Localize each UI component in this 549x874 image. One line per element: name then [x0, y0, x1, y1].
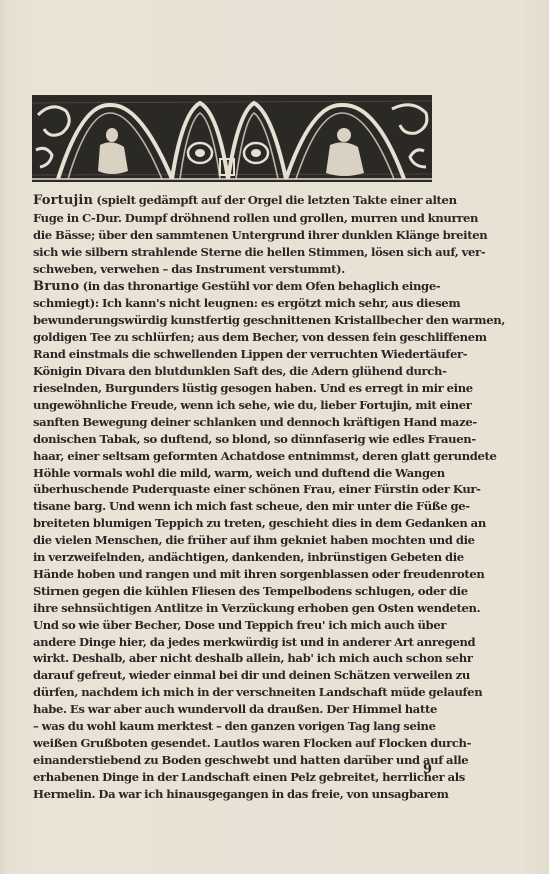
gothic-arches-illustration-icon	[32, 95, 432, 182]
text-line: schmiegt): Ich kann's nicht leugnen: es …	[33, 295, 430, 312]
text-line: schweben, verwehen – das Instrument vers…	[33, 261, 430, 278]
text-line: erhabenen Dinge in der Landschaft einen …	[33, 769, 430, 786]
text-line: in verzweifelnden, andächtigen, dankende…	[33, 549, 430, 566]
text-line: weißen Grußboten gesendet. Lautlos waren…	[33, 735, 430, 752]
text-line: Hermelin. Da war ich hinausgegangen in d…	[33, 786, 430, 803]
text-line: die Bässe; über den sammtenen Untergrund…	[33, 227, 430, 244]
text-line: Fortujin (spielt gedämpft auf der Orgel …	[33, 192, 430, 210]
text-line: Bruno (in das thronartige Gestühl vor de…	[33, 278, 430, 296]
body-text: Fortujin (spielt gedämpft auf der Orgel …	[33, 192, 430, 803]
text-line: Königin Divara den blutdunklen Saft des,…	[33, 363, 430, 380]
text-line: goldigen Tee zu schlürfen; aus dem Beche…	[33, 329, 430, 346]
text-line: rieselnden, Burgunders lüstig gesogen ha…	[33, 380, 430, 397]
text-line: – was du wohl kaum merktest – den ganzen…	[33, 718, 430, 735]
text-line: wirkt. Deshalb, aber nicht deshalb allei…	[33, 650, 430, 667]
text-line: habe. Es war aber auch wundervoll da dra…	[33, 701, 430, 718]
text-line: bewunderungswürdig kunstfertig geschnitt…	[33, 312, 430, 329]
speaker-name-fortujin: Fortujin	[33, 193, 93, 208]
woodcut-illustration	[32, 95, 432, 182]
text-line: Höhle vormals wohl die mild, warm, weich…	[33, 465, 430, 482]
speaker-name-bruno: Bruno	[33, 279, 79, 294]
text-line: andere Dinge hier, da jedes merkwürdig i…	[33, 634, 430, 651]
text-line: breiteten blumigen Teppich zu treten, ge…	[33, 515, 430, 532]
text-line: sich wie silbern strahlende Sterne die h…	[33, 244, 430, 261]
text-line: ungewöhnliche Freude, wenn ich sehe, wie…	[33, 397, 430, 414]
text-line: dürfen, nachdem ich mich in der verschne…	[33, 684, 430, 701]
text-line: einanderstiebend zu Boden geschwebt und …	[33, 752, 430, 769]
text-line: die vielen Menschen, die früher auf ihm …	[33, 532, 430, 549]
text-line: Und so wie über Becher, Dose und Teppich…	[33, 617, 430, 634]
text-line: Stirnen gegen die kühlen Fliesen des Tem…	[33, 583, 430, 600]
page-number: 9	[423, 762, 432, 777]
book-page: Fortujin (spielt gedämpft auf der Orgel …	[0, 0, 549, 874]
text-line: darauf gefreut, wieder einmal bei dir un…	[33, 667, 430, 684]
text-line: ihre sehnsüchtigen Antlitze in Verzückun…	[33, 600, 430, 617]
text-line: haar, einer seltsam geformten Achatdose …	[33, 448, 430, 465]
text-line: donischen Tabak, so duftend, so blond, s…	[33, 431, 430, 448]
text-line: Hände hoben und rangen und mit ihren sor…	[33, 566, 430, 583]
text-line: Fuge in C-Dur. Dumpf dröhnend rollen und…	[33, 210, 430, 227]
text-line: tisane barg. Und wenn ich mich fast sche…	[33, 498, 430, 515]
text-line: Rand einstmals die schwellenden Lippen d…	[33, 346, 430, 363]
text-line: überhuschende Puderquaste einer schönen …	[33, 481, 430, 498]
text-line: sanften Bewegung deiner schlanken und de…	[33, 414, 430, 431]
